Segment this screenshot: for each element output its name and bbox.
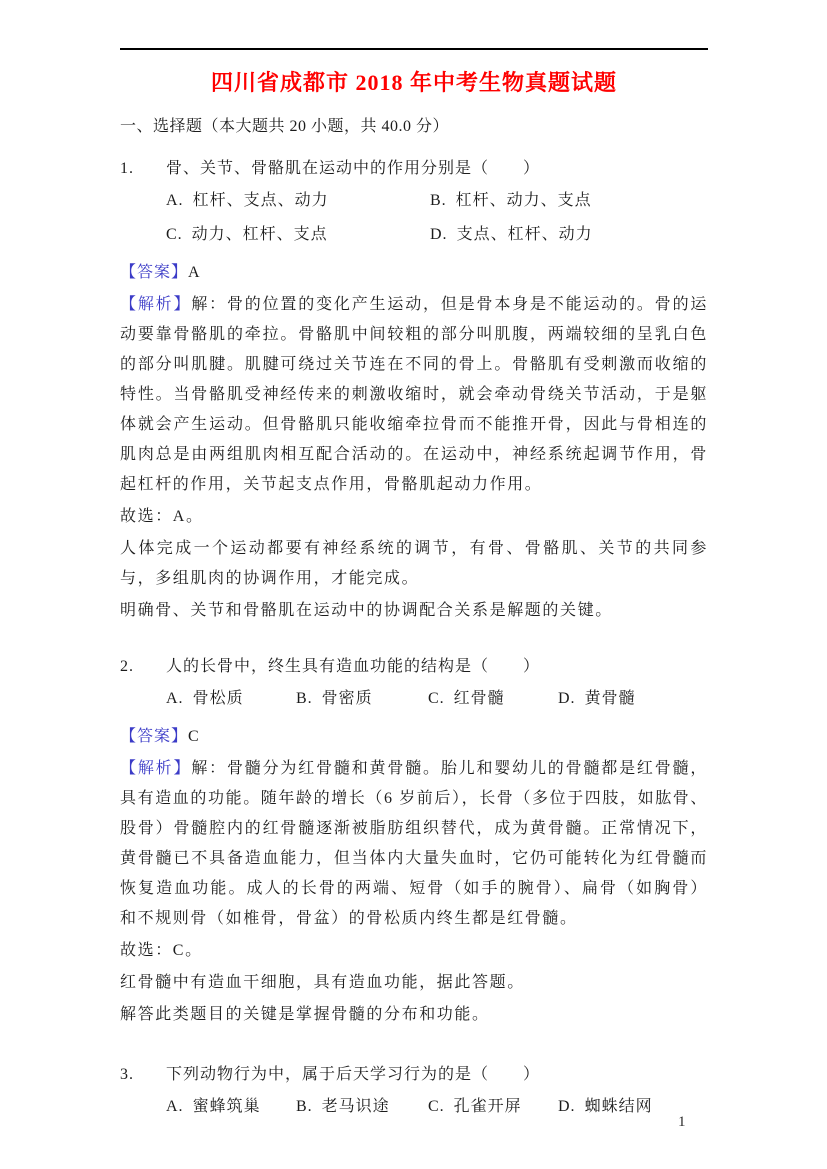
header-divider [120,48,708,50]
option-key: B. [296,684,313,714]
option-text: 孔雀开屏 [454,1098,522,1115]
question-block-2: 2. 人的长骨中，终生具有造血功能的结构是（ ） A.骨松质 B.骨密质 C.红… [120,652,708,1030]
answer-value: C [188,728,200,745]
question-stem: 骨、关节、骨骼肌在运动中的作用分别是（ ） [166,154,708,184]
analysis-paragraph: 【解析】解：骨髓分为红骨髓和黄骨髓。胎儿和婴幼儿的骨髓都是红骨髓，具有造血的功能… [120,754,708,934]
note-text: 解答此类题目的关键是掌握骨髓的分布和功能。 [120,1000,708,1030]
conclusion-text: 故选：A。 [120,502,708,532]
option-key: B. [296,1092,313,1122]
option-key: D. [430,220,448,250]
option-key: B. [430,186,447,216]
option-b: B.老马识途 [296,1092,428,1122]
option-d: D.黄骨髓 [558,684,708,714]
note-text: 红骨髓中有造血干细胞，具有造血功能，据此答题。 [120,968,708,998]
conclusion-text: 故选：C。 [120,936,708,966]
option-a: A.杠杆、支点、动力 [166,186,430,216]
question-number: 1. [120,154,166,184]
option-text: 蜘蛛结网 [585,1098,653,1115]
option-text: 红骨髓 [454,690,505,707]
option-text: 骨密质 [322,690,373,707]
answer-value: A [188,264,201,281]
option-text: 杠杆、动力、支点 [456,192,592,209]
question-stem-row: 1. 骨、关节、骨骼肌在运动中的作用分别是（ ） [120,154,708,184]
option-a: A.骨松质 [166,684,296,714]
option-b: B.杠杆、动力、支点 [430,186,708,216]
option-c: C.动力、杠杆、支点 [166,220,430,250]
question-stem: 下列动物行为中，属于后天学习行为的是（ ） [166,1060,708,1090]
question-block-1: 1. 骨、关节、骨骼肌在运动中的作用分别是（ ） A.杠杆、支点、动力 B.杠杆… [120,154,708,626]
analysis-text: 解：骨髓分为红骨髓和黄骨髓。胎儿和婴幼儿的骨髓都是红骨髓，具有造血的功能。随年龄… [120,760,708,927]
question-stem: 人的长骨中，终生具有造血功能的结构是（ ） [166,652,708,682]
option-key: A. [166,186,184,216]
options-grid: A.骨松质 B.骨密质 C.红骨髓 D.黄骨髓 [120,684,708,714]
note-text: 明确骨、关节和骨骼肌在运动中的协调配合关系是解题的关键。 [120,596,708,626]
options-grid: A.杠杆、支点、动力 B.杠杆、动力、支点 C.动力、杠杆、支点 D.支点、杠杆… [120,186,708,250]
page-title: 四川省成都市 2018 年中考生物真题试题 [120,68,708,98]
option-text: 杠杆、支点、动力 [193,192,329,209]
option-text: 蜜蜂筑巢 [193,1098,261,1115]
section-heading: 一、选择题（本大题共 20 小题，共 40.0 分） [120,114,708,140]
question-number: 2. [120,652,166,682]
option-b: B.骨密质 [296,684,428,714]
question-stem-row: 2. 人的长骨中，终生具有造血功能的结构是（ ） [120,652,708,682]
option-key: C. [428,684,445,714]
option-text: 骨松质 [193,690,244,707]
question-number: 3. [120,1060,166,1090]
page-content: 四川省成都市 2018 年中考生物真题试题 一、选择题（本大题共 20 小题，共… [120,0,708,1122]
option-text: 支点、杠杆、动力 [457,226,593,243]
option-key: D. [558,684,576,714]
analysis-label: 【解析】 [120,296,191,313]
option-d: D.蜘蛛结网 [558,1092,708,1122]
options-grid: A.蜜蜂筑巢 B.老马识途 C.孔雀开屏 D.蜘蛛结网 [120,1092,708,1122]
option-text: 黄骨髓 [585,690,636,707]
page-number: 1 [678,1112,686,1132]
note-text: 人体完成一个运动都要有神经系统的调节，有骨、骨骼肌、关节的共同参与，多组肌肉的协… [120,534,708,594]
option-key: C. [428,1092,445,1122]
answer-line: 【答案】C [120,722,708,752]
option-text: 老马识途 [322,1098,390,1115]
option-d: D.支点、杠杆、动力 [430,220,708,250]
option-c: C.红骨髓 [428,684,558,714]
option-c: C.孔雀开屏 [428,1092,558,1122]
option-key: A. [166,1092,184,1122]
option-key: D. [558,1092,576,1122]
option-key: A. [166,684,184,714]
question-stem-row: 3. 下列动物行为中，属于后天学习行为的是（ ） [120,1060,708,1090]
document-page: 四川省成都市 2018 年中考生物真题试题 一、选择题（本大题共 20 小题，共… [0,0,827,1169]
analysis-label: 【解析】 [120,760,191,777]
option-text: 动力、杠杆、支点 [192,226,328,243]
option-a: A.蜜蜂筑巢 [166,1092,296,1122]
answer-line: 【答案】A [120,258,708,288]
option-key: C. [166,220,183,250]
question-block-3: 3. 下列动物行为中，属于后天学习行为的是（ ） A.蜜蜂筑巢 B.老马识途 C… [120,1060,708,1122]
answer-label: 【答案】 [120,728,188,745]
analysis-paragraph: 【解析】解：骨的位置的变化产生运动，但是骨本身是不能运动的。骨的运动要靠骨骼肌的… [120,290,708,500]
analysis-text: 解：骨的位置的变化产生运动，但是骨本身是不能运动的。骨的运动要靠骨骼肌的牵拉。骨… [120,296,708,493]
answer-label: 【答案】 [120,264,188,281]
